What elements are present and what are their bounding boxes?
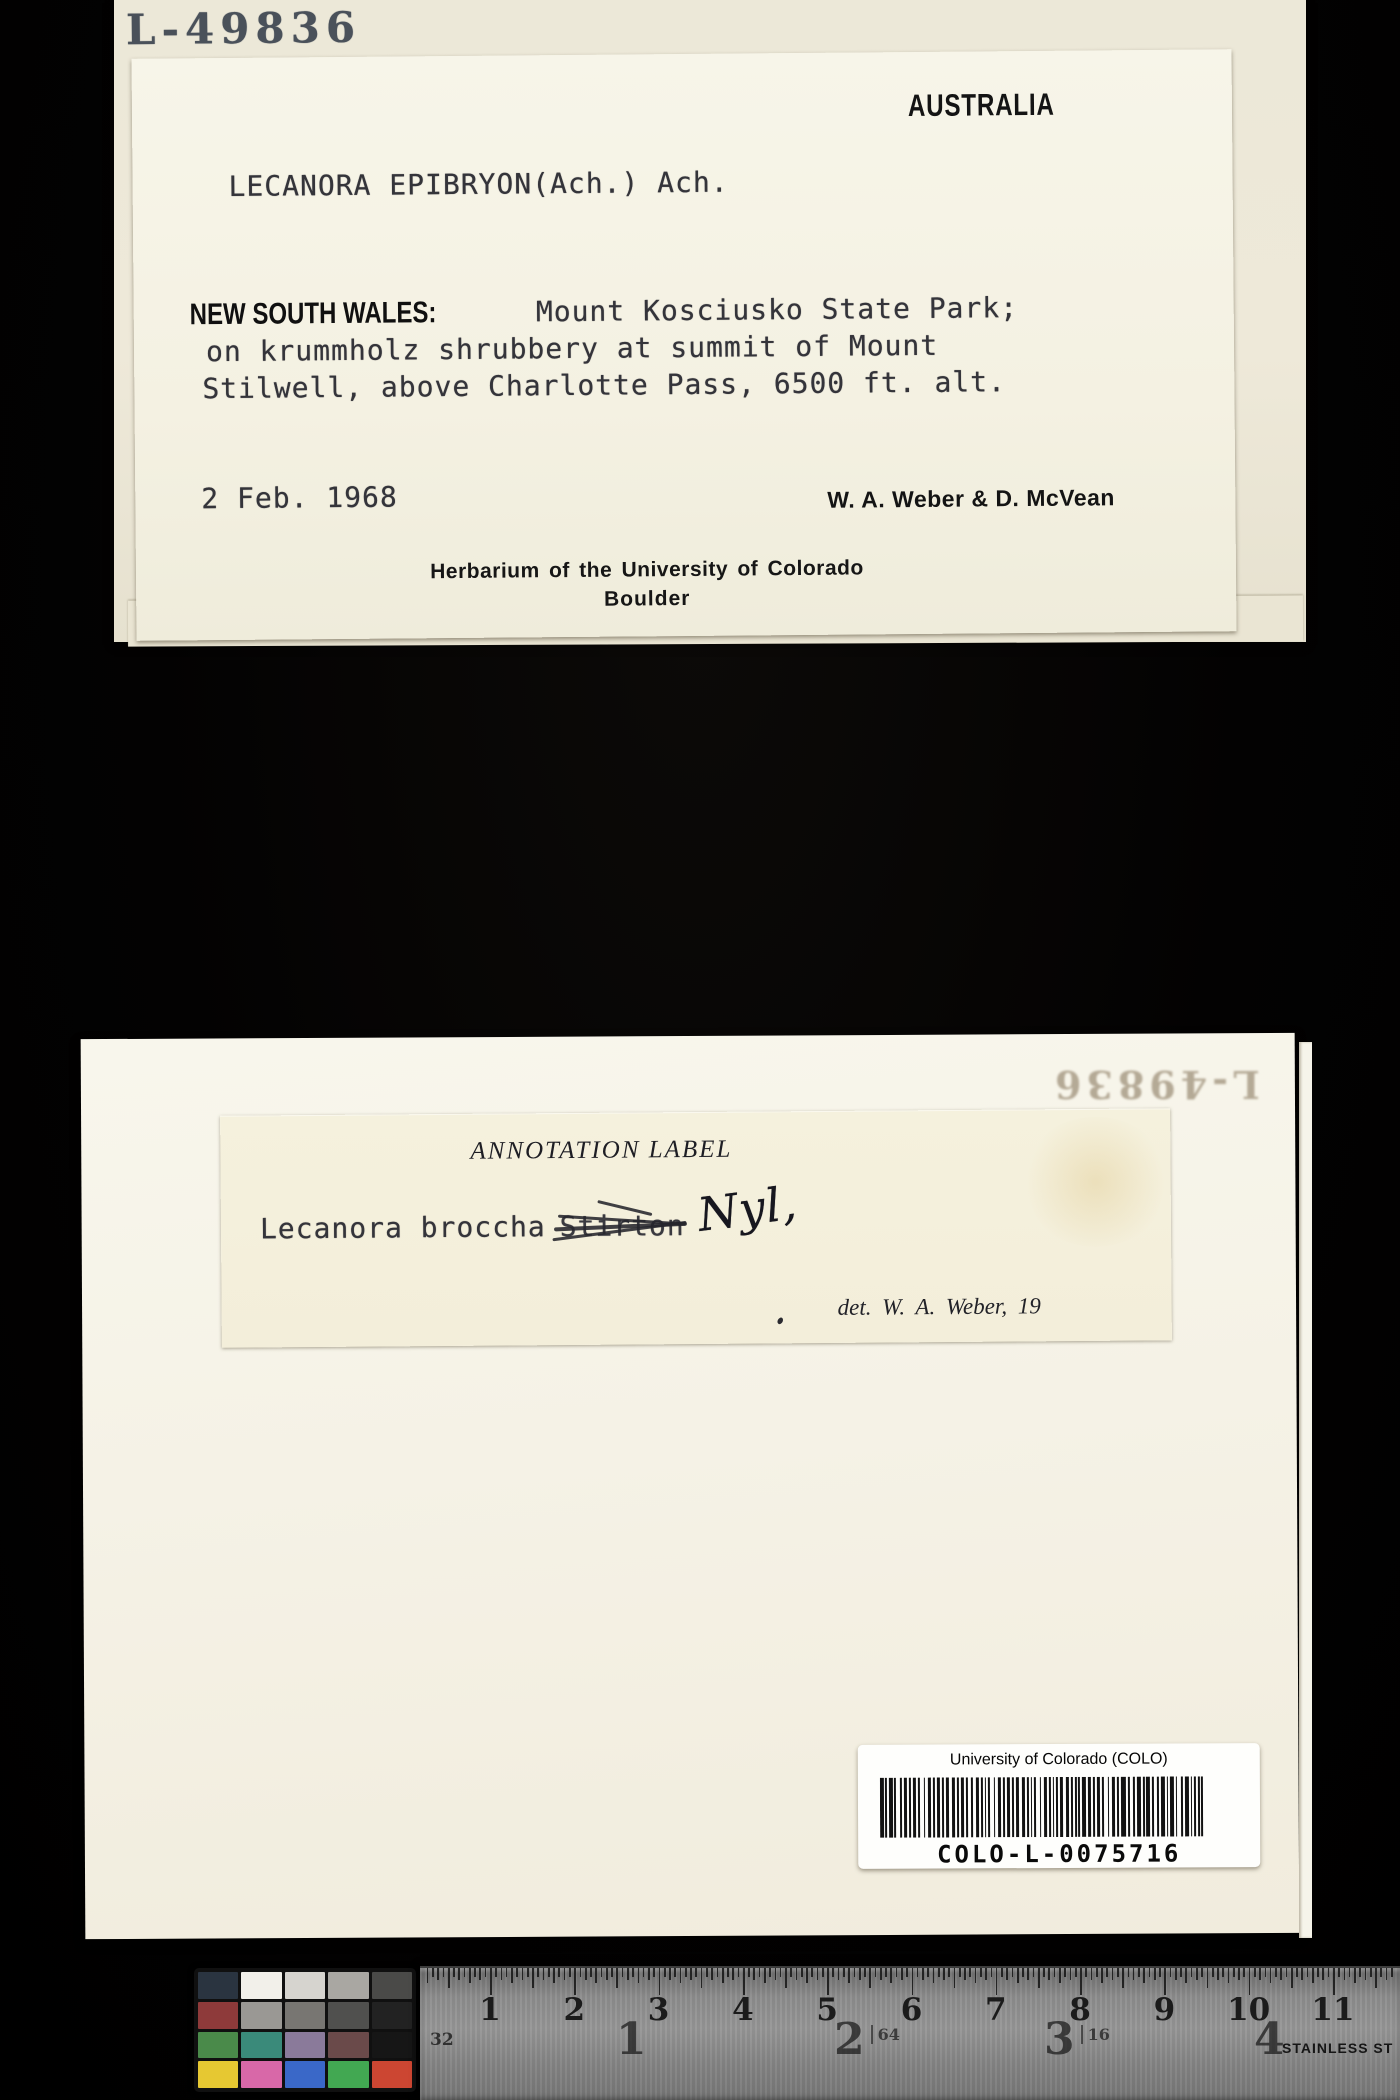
color-swatch	[241, 2002, 281, 2029]
color-swatch	[241, 2061, 281, 2088]
color-swatch	[372, 2002, 412, 2029]
card-edge-sliver	[1299, 1042, 1312, 1938]
ruler-scale-mark: 32	[430, 2030, 454, 2050]
ruler-numbers: 1234567891011	[420, 1968, 1400, 2038]
ruler-inch-number: 2	[564, 1992, 586, 2028]
locality-line-1-text: Mount Kosciusko State Park;	[536, 291, 1018, 328]
region-heading: NEW SOUTH WALES:	[190, 294, 437, 333]
ruler-lower-mark: 4	[1254, 2014, 1285, 2065]
herbarium-line: Herbarium of the University of Colorado	[430, 556, 864, 584]
color-swatch	[198, 2002, 238, 2029]
locality-line-1: NEW SOUTH WALES: Mount Kosciusko State P…	[190, 288, 1090, 333]
color-swatch	[198, 2032, 238, 2059]
color-swatch	[328, 1972, 368, 1999]
specimen-photo: L-49836 AUSTRALIA LECANORA EPIBRYON(Ach.…	[0, 0, 1400, 2100]
handwritten-authority: Nyl,	[694, 1175, 800, 1241]
color-swatch	[285, 2032, 325, 2059]
color-swatch	[241, 2032, 281, 2059]
ruler-lower-mark: 316	[1044, 2014, 1110, 2065]
barcode	[880, 1776, 1238, 1838]
ruler: 1234567891011	[420, 1966, 1400, 2100]
ruler-brand-text: STAINLESS ST	[1282, 2040, 1393, 2056]
color-swatch	[328, 2032, 368, 2059]
color-swatch	[372, 1972, 412, 1999]
ruler-inch-number: 11	[1311, 1992, 1354, 2028]
color-swatch	[198, 1972, 238, 1999]
color-swatch	[285, 2002, 325, 2029]
ink-dot	[776, 1317, 784, 1326]
color-swatch	[328, 2061, 368, 2088]
collectors-names: W. A. Weber & D. McVean	[827, 484, 1115, 514]
struck-authority: Stirton	[560, 1209, 685, 1243]
collection-date: 2 Feb. 1968	[201, 481, 398, 516]
ruler-inch-number: 4	[732, 1992, 754, 2028]
ruler-lower-mark: 264	[834, 2014, 900, 2065]
ruler-inch-number: 1	[479, 1992, 501, 2028]
color-swatch	[328, 2002, 368, 2029]
flipped-accession-stamp: L-49836	[1050, 1062, 1260, 1107]
ruler-lower-mark: 1	[616, 2014, 647, 2065]
determiner-line: det. W. A. Weber, 19	[838, 1293, 1041, 1321]
annotation-species-line: Lecanora brocchaStirtonNyl,	[260, 1191, 799, 1249]
locality-block: NEW SOUTH WALES: Mount Kosciusko State P…	[190, 288, 1091, 407]
paper-stain	[1020, 1116, 1171, 1247]
annotation-label-title: ANNOTATION LABEL	[470, 1136, 732, 1166]
institution-name: University of Colorado (COLO)	[858, 1750, 1260, 1770]
locality-line-3: Stilwell, above Charlotte Pass, 6500 ft.…	[202, 362, 1090, 407]
color-swatch	[285, 1972, 325, 1999]
color-swatch	[198, 2061, 238, 2088]
country-label: AUSTRALIA	[908, 87, 1055, 124]
species-name-line: LECANORA EPIBRYON(Ach.) Ach.	[228, 166, 728, 203]
color-swatch	[372, 2032, 412, 2059]
accession-number-stamp: L-49836	[126, 3, 362, 54]
herbarium-city: Boulder	[604, 587, 691, 612]
color-swatch	[241, 1972, 281, 1999]
annotation-label: ANNOTATION LABEL Lecanora brocchaStirton…	[220, 1108, 1172, 1347]
ruler-inch-number: 9	[1154, 1992, 1176, 2028]
barcode-number: COLO-L-0075716	[858, 1839, 1260, 1869]
front-collection-label: AUSTRALIA LECANORA EPIBRYON(Ach.) Ach. N…	[131, 49, 1236, 641]
color-swatch	[285, 2061, 325, 2088]
color-swatch	[372, 2061, 412, 2088]
annotation-species-prefix: Lecanora broccha	[260, 1210, 546, 1245]
color-checker	[194, 1968, 416, 2092]
ruler-inch-number: 7	[985, 1992, 1007, 2028]
ruler-inch-number: 3	[648, 1992, 670, 2028]
barcode-label: University of Colorado (COLO) COLO-L-007…	[858, 1743, 1261, 1869]
ruler-inch-number: 6	[901, 1992, 923, 2028]
